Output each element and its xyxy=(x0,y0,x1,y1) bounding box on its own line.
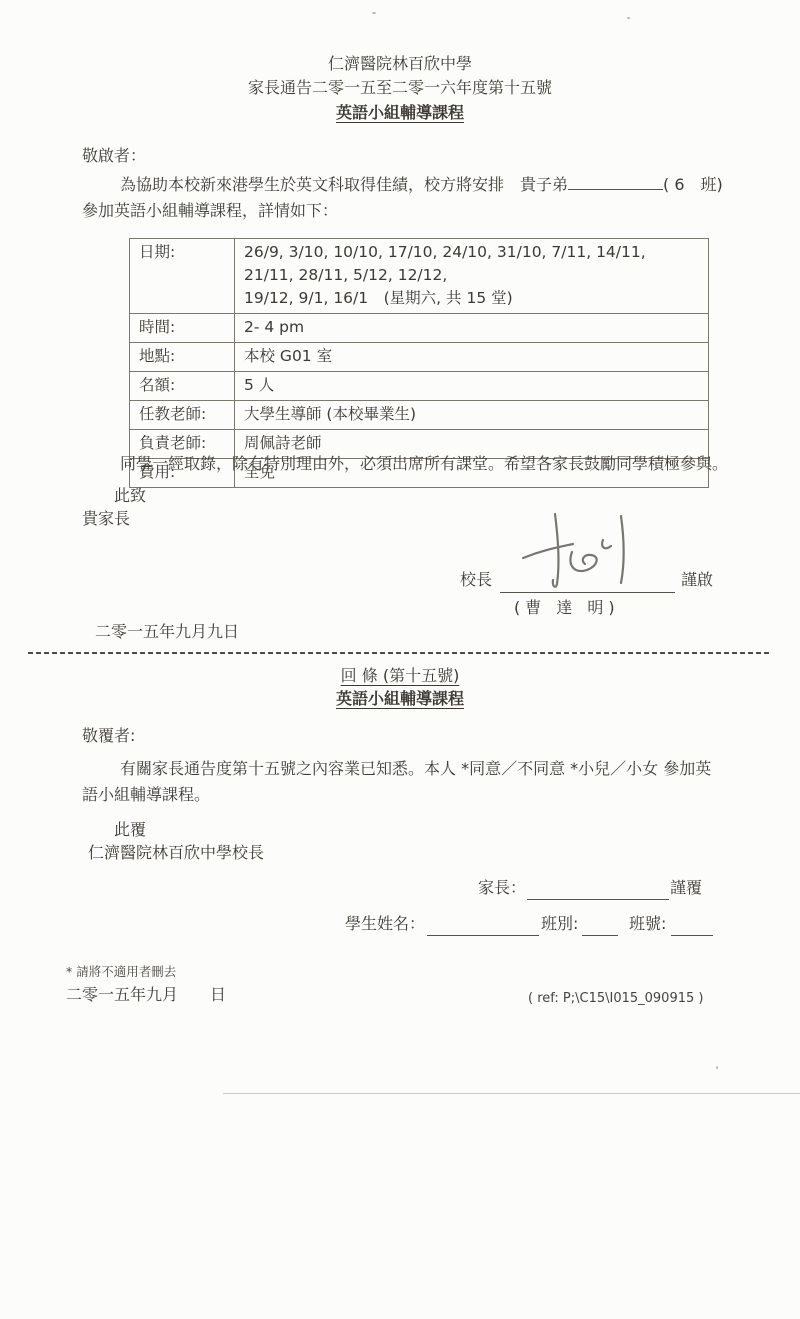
table-row-tutor: 任教老師: 大學生導師 (本校畢業生) xyxy=(130,401,709,430)
closing-dear-parent: 貴家長 xyxy=(82,507,130,531)
notice-date: 二零一五年九月九日 xyxy=(95,620,239,644)
table-row-quota: 名額: 5 人 xyxy=(130,372,709,401)
principal-signature xyxy=(515,510,650,592)
class-field-blank xyxy=(582,934,618,936)
scan-speck xyxy=(372,12,376,14)
intro-line1: 為協助本校新來港學生於英文科取得佳績，校方將安排 貴子弟( 6 班) xyxy=(120,172,723,197)
principal-name: (曹 達 明) xyxy=(514,596,620,620)
student-name-blank xyxy=(568,172,663,190)
row-label: 時間: xyxy=(130,314,235,343)
closing-cidzhi: 此致 xyxy=(114,484,146,508)
scanned-notice-page: 仁濟醫院林百欣中學 家長通告二零一五至二零一六年度第十五號 英語小組輔導課程 敬… xyxy=(0,0,800,1319)
row-value: 本校 G01 室 xyxy=(235,343,709,372)
row-label: 名額: xyxy=(130,372,235,401)
student-name-field-blank xyxy=(427,934,539,936)
table-row-venue: 地點: 本校 G01 室 xyxy=(130,343,709,372)
tear-off-divider xyxy=(28,652,772,654)
principal-label: 校長 xyxy=(460,568,492,592)
principal-signature-line xyxy=(500,591,675,593)
notice-title: 英語小組輔導課程 xyxy=(0,101,800,125)
reply-date-line: 二零一五年九月 日 xyxy=(66,983,226,1007)
row-label: 地點: xyxy=(130,343,235,372)
delete-inapplicable-footnote: * 請將不適用者刪去 xyxy=(66,960,176,984)
row-value: 2- 4 pm xyxy=(235,314,709,343)
attendance-note: 同學一經取錄，除有特別理由外，必須出席所有課堂。希望各家長鼓勵同學積極參與。 xyxy=(120,452,728,476)
class-no-label: 班號: xyxy=(629,912,666,936)
table-row-time: 時間: 2- 4 pm xyxy=(130,314,709,343)
parent-label: 家長： xyxy=(478,876,526,900)
parent-signature-blank xyxy=(527,898,669,900)
class-label: 班別: xyxy=(541,912,578,936)
intro-line2: 參加英語小組輔導課程，詳情如下： xyxy=(82,199,338,223)
class-no-field-blank xyxy=(671,934,713,936)
scan-artifact-line xyxy=(223,1093,800,1094)
row-value: 5 人 xyxy=(235,372,709,401)
intro-class-text: ( 6 班) xyxy=(663,175,723,194)
student-name-label: 學生姓名： xyxy=(345,912,425,936)
course-details-table: 日期: 26/9, 3/10, 10/10, 17/10, 24/10, 31/… xyxy=(129,238,709,488)
reply-closing-principal: 仁濟醫院林百欣中學校長 xyxy=(88,841,264,865)
parent-sign-off: 謹覆 xyxy=(670,876,702,900)
reply-body-line1: 有關家長通告度第十五號之內容業已知悉。本人 *同意／不同意 *小兒／小女 參加英 xyxy=(120,757,711,781)
intro-text: 為協助本校新來港學生於英文科取得佳績，校方將安排 貴子弟 xyxy=(120,175,568,194)
notice-number-line: 家長通告二零一五至二零一六年度第十五號 xyxy=(0,76,800,100)
reply-body-line2: 語小組輔導課程。 xyxy=(82,783,210,807)
reply-slip-heading: 回 條 (第十五號) xyxy=(0,664,800,688)
scan-speck xyxy=(716,1066,718,1069)
row-label: 日期: xyxy=(130,239,235,314)
reply-closing-cifu: 此覆 xyxy=(114,818,146,842)
row-label: 任教老師: xyxy=(130,401,235,430)
reply-slip-subheading: 英語小組輔導課程 xyxy=(0,687,800,711)
row-value: 大學生導師 (本校畢業生) xyxy=(235,401,709,430)
notice-salutation: 敬啟者： xyxy=(82,144,146,168)
school-name: 仁濟醫院林百欣中學 xyxy=(0,52,800,76)
principal-sign-off: 謹啟 xyxy=(681,568,713,592)
reply-salutation: 敬覆者: xyxy=(82,724,135,748)
row-value: 26/9, 3/10, 10/10, 17/10, 24/10, 31/10, … xyxy=(235,239,709,314)
table-row-date: 日期: 26/9, 3/10, 10/10, 17/10, 24/10, 31/… xyxy=(130,239,709,314)
file-ref: ( ref: P;\C15\I015_090915 ) xyxy=(528,987,703,1011)
scan-speck xyxy=(627,17,630,19)
